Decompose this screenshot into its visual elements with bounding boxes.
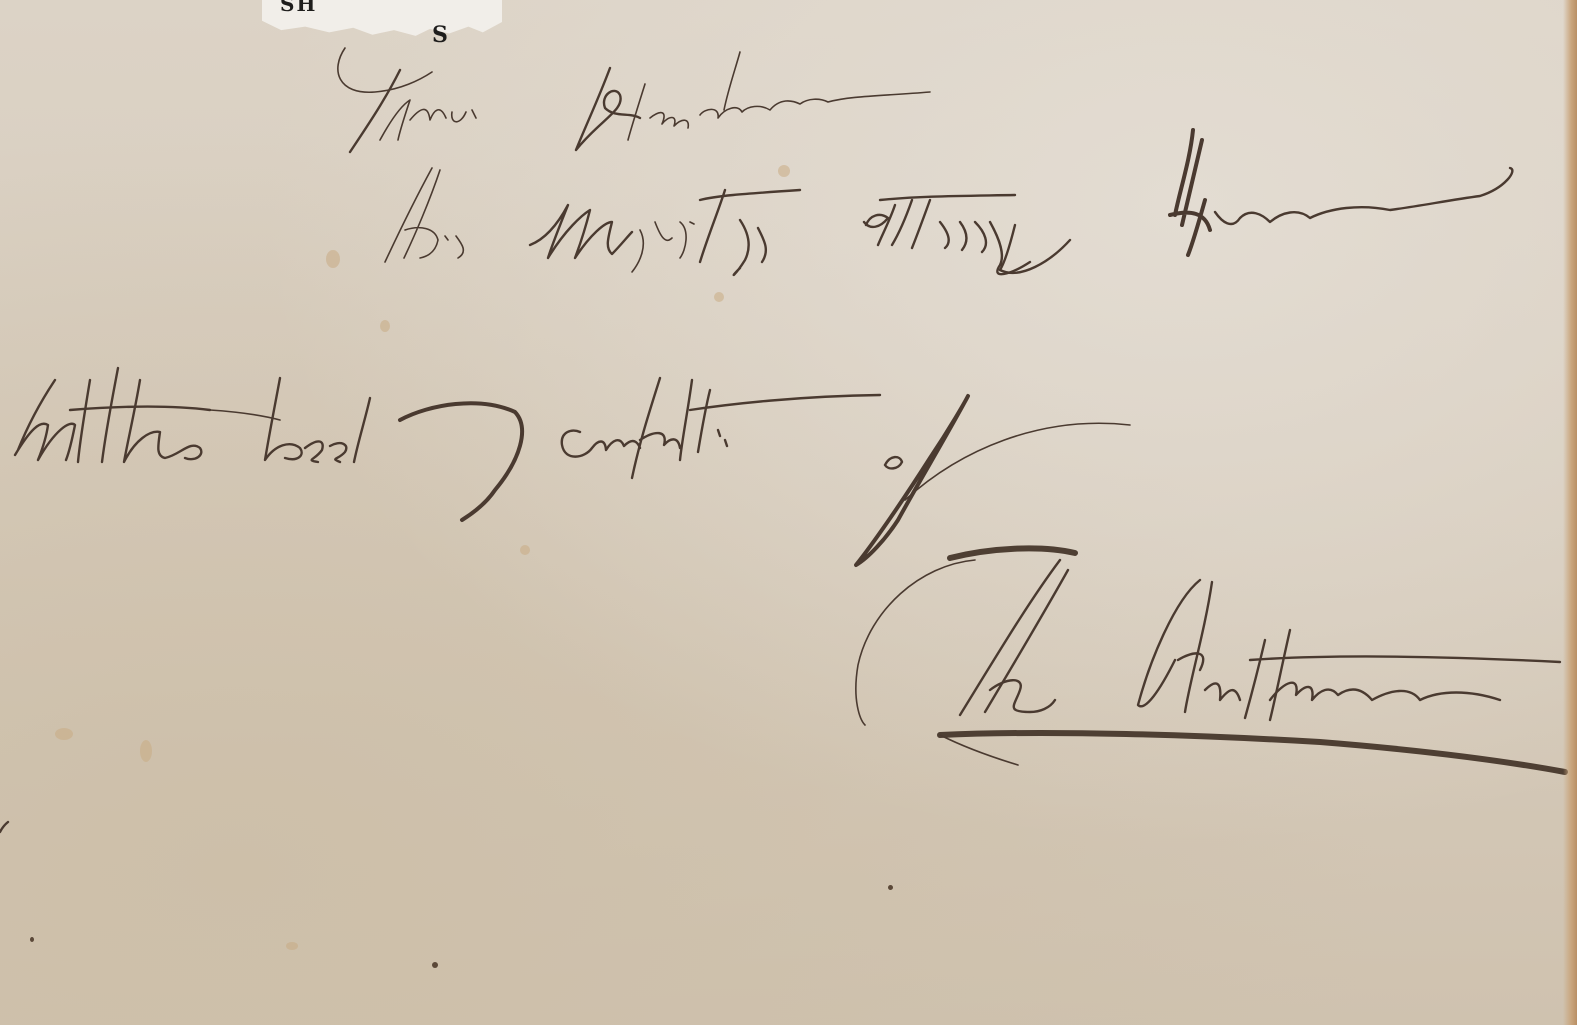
stray-ink-mark <box>0 822 8 832</box>
handwriting-strokes <box>0 0 1577 1025</box>
recipient-name: Francis Blackburne <box>340 70 897 135</box>
page-edge <box>1563 0 1577 1025</box>
recipient-title: His Majesty's Attorney General <box>385 180 1337 250</box>
signature: The Author <box>900 620 1414 725</box>
compliments-line: With the best Compl^ts of <box>10 390 789 458</box>
book-page: SH S <box>0 0 1577 1025</box>
